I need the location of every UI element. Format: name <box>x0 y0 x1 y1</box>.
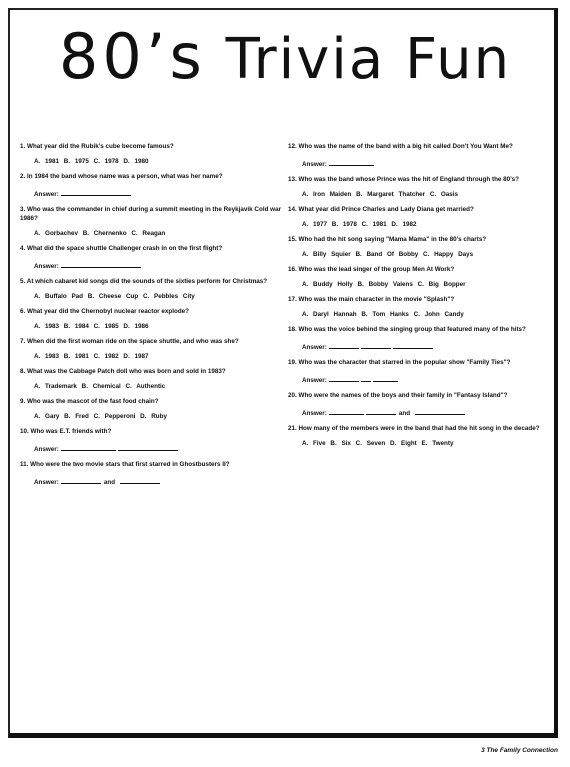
answer-line: Answer: <box>288 375 550 385</box>
answer-options: A. 1981 B. 1975 C. 1978 D. 1980 <box>20 157 282 166</box>
question-item: 5. At which cabaret kid songs did the so… <box>20 277 282 301</box>
answer-blank[interactable] <box>61 189 131 196</box>
answer-options: A. Five B. Six C. Seven D. Eight E. Twen… <box>288 439 550 448</box>
answer-label: Answer: <box>34 446 59 453</box>
question-text: 2. In 1984 the band whose name was a per… <box>20 172 282 181</box>
question-text: 4. What did the space shuttle Challenger… <box>20 244 282 253</box>
answer-label: Answer: <box>302 344 327 351</box>
question-item: 9. Who was the mascot of the fast food c… <box>20 397 282 421</box>
question-text: 5. At which cabaret kid songs did the so… <box>20 277 282 286</box>
question-text: 20. Who were the names of the boys and t… <box>288 391 550 400</box>
answer-blank[interactable] <box>61 261 141 268</box>
answer-line: Answer: <box>288 159 550 169</box>
answer-options: A. Billy Squier B. Band Of Bobby C. Happ… <box>288 250 550 259</box>
answer-blank[interactable] <box>329 375 359 382</box>
left-question-column: 1. What year did the Rubik’s cube become… <box>20 142 282 493</box>
question-text: 7. When did the first woman ride on the … <box>20 337 282 346</box>
question-item: 11. Who were the two movie stars that fi… <box>20 460 282 487</box>
answer-label: Answer: <box>302 377 327 384</box>
question-item: 16. Who was the lead singer of the group… <box>288 265 550 289</box>
question-item: 7. When did the first woman ride on the … <box>20 337 282 361</box>
question-item: 2. In 1984 the band whose name was a per… <box>20 172 282 199</box>
answer-options: A. Iron Maiden B. Margaret Thatcher C. O… <box>288 190 550 199</box>
question-text: 9. Who was the mascot of the fast food c… <box>20 397 282 406</box>
question-text: 11. Who were the two movie stars that fi… <box>20 460 282 469</box>
title-prefix: 80’s <box>59 20 206 93</box>
question-text: 3. Who was the commander in chief during… <box>20 205 282 223</box>
question-text: 1. What year did the Rubik’s cube become… <box>20 142 282 151</box>
question-text: 10. Who was E.T. friends with? <box>20 427 282 436</box>
answer-options: A. Buddy Holly B. Bobby Valens C. Big Bo… <box>288 280 550 289</box>
question-text: 8. What was the Cabbage Patch doll who w… <box>20 367 282 376</box>
question-item: 8. What was the Cabbage Patch doll who w… <box>20 367 282 391</box>
answer-blank[interactable] <box>118 444 178 451</box>
question-text: 16. Who was the lead singer of the group… <box>288 265 550 274</box>
answer-line: Answer: <box>20 189 282 199</box>
question-item: 17. Who was the main character in the mo… <box>288 295 550 319</box>
answer-blank[interactable] <box>373 375 398 382</box>
question-text: 13. Who was the band whose Prince was th… <box>288 175 550 184</box>
answer-conjunction: and <box>399 410 410 417</box>
question-text: 17. Who was the main character in the mo… <box>288 295 550 304</box>
question-item: 12. Who was the name of the band with a … <box>288 142 550 169</box>
answer-options: A. Buffalo Pad B. Cheese Cup C. Pebbles … <box>20 292 282 301</box>
answer-label: Answer: <box>302 410 327 417</box>
question-item: 19. Who was the character that starred i… <box>288 358 550 385</box>
answer-label: Answer: <box>34 263 59 270</box>
answer-options: A. Gary B. Fred C. Pepperoni D. Ruby <box>20 412 282 421</box>
answer-blank[interactable] <box>61 444 116 451</box>
answer-blank[interactable] <box>329 159 374 166</box>
answer-blank[interactable] <box>329 408 364 415</box>
question-item: 6. What year did the Chernobyl nuclear r… <box>20 307 282 331</box>
question-item: 3. Who was the commander in chief during… <box>20 205 282 238</box>
answer-blank[interactable] <box>61 477 101 484</box>
answer-options: A. Gorbachev B. Chernenko C. Reagan <box>20 229 282 238</box>
answer-line: Answer: <box>20 261 282 271</box>
right-question-column: 12. Who was the name of the band with a … <box>288 142 550 454</box>
answer-blank[interactable] <box>329 342 359 349</box>
answer-options: A. Trademark B. Chemical C. Authentic <box>20 382 282 391</box>
answer-blank[interactable] <box>361 375 371 382</box>
question-item: 14. What year did Prince Charles and Lad… <box>288 205 550 229</box>
page-title: 80’s Trivia Fun <box>0 26 570 88</box>
question-text: 19. Who was the character that starred i… <box>288 358 550 367</box>
question-text: 14. What year did Prince Charles and Lad… <box>288 205 550 214</box>
answer-label: Answer: <box>34 479 59 486</box>
answer-blank[interactable] <box>361 342 391 349</box>
answer-line: Answer: <box>20 444 282 454</box>
answer-line: Answer:and <box>288 408 550 418</box>
question-text: 15. Who had the hit song saying "Mama Ma… <box>288 235 550 244</box>
question-item: 21. How many of the members were in the … <box>288 424 550 448</box>
answer-options: A. 1983 B. 1981 C. 1982 D. 1987 <box>20 352 282 361</box>
answer-line: Answer:and <box>20 477 282 487</box>
answer-conjunction: and <box>104 479 115 486</box>
answer-blank[interactable] <box>393 342 433 349</box>
answer-line: Answer: <box>288 342 550 352</box>
answer-label: Answer: <box>34 191 59 198</box>
question-text: 18. Who was the voice behind the singing… <box>288 325 550 334</box>
answer-options: A. 1977 B. 1978 C. 1981 D. 1982 <box>288 220 550 229</box>
question-item: 1. What year did the Rubik’s cube become… <box>20 142 282 166</box>
question-item: 15. Who had the hit song saying "Mama Ma… <box>288 235 550 259</box>
title-rest: Trivia Fun <box>206 27 511 92</box>
question-item: 13. Who was the band whose Prince was th… <box>288 175 550 199</box>
answer-options: A. Daryl Hannah B. Tom Hanks C. John Can… <box>288 310 550 319</box>
question-item: 4. What did the space shuttle Challenger… <box>20 244 282 271</box>
question-item: 18. Who was the voice behind the singing… <box>288 325 550 352</box>
answer-label: Answer: <box>302 161 327 168</box>
answer-blank[interactable] <box>366 408 396 415</box>
credit-text: 3 The Family Connection <box>481 747 558 754</box>
question-item: 20. Who were the names of the boys and t… <box>288 391 550 418</box>
question-text: 6. What year did the Chernobyl nuclear r… <box>20 307 282 316</box>
question-text: 21. How many of the members were in the … <box>288 424 550 433</box>
question-text: 12. Who was the name of the band with a … <box>288 142 550 151</box>
answer-blank[interactable] <box>415 408 465 415</box>
answer-options: A. 1983 B. 1984 C. 1985 D. 1986 <box>20 322 282 331</box>
answer-blank[interactable] <box>120 477 160 484</box>
question-item: 10. Who was E.T. friends with?Answer: <box>20 427 282 454</box>
